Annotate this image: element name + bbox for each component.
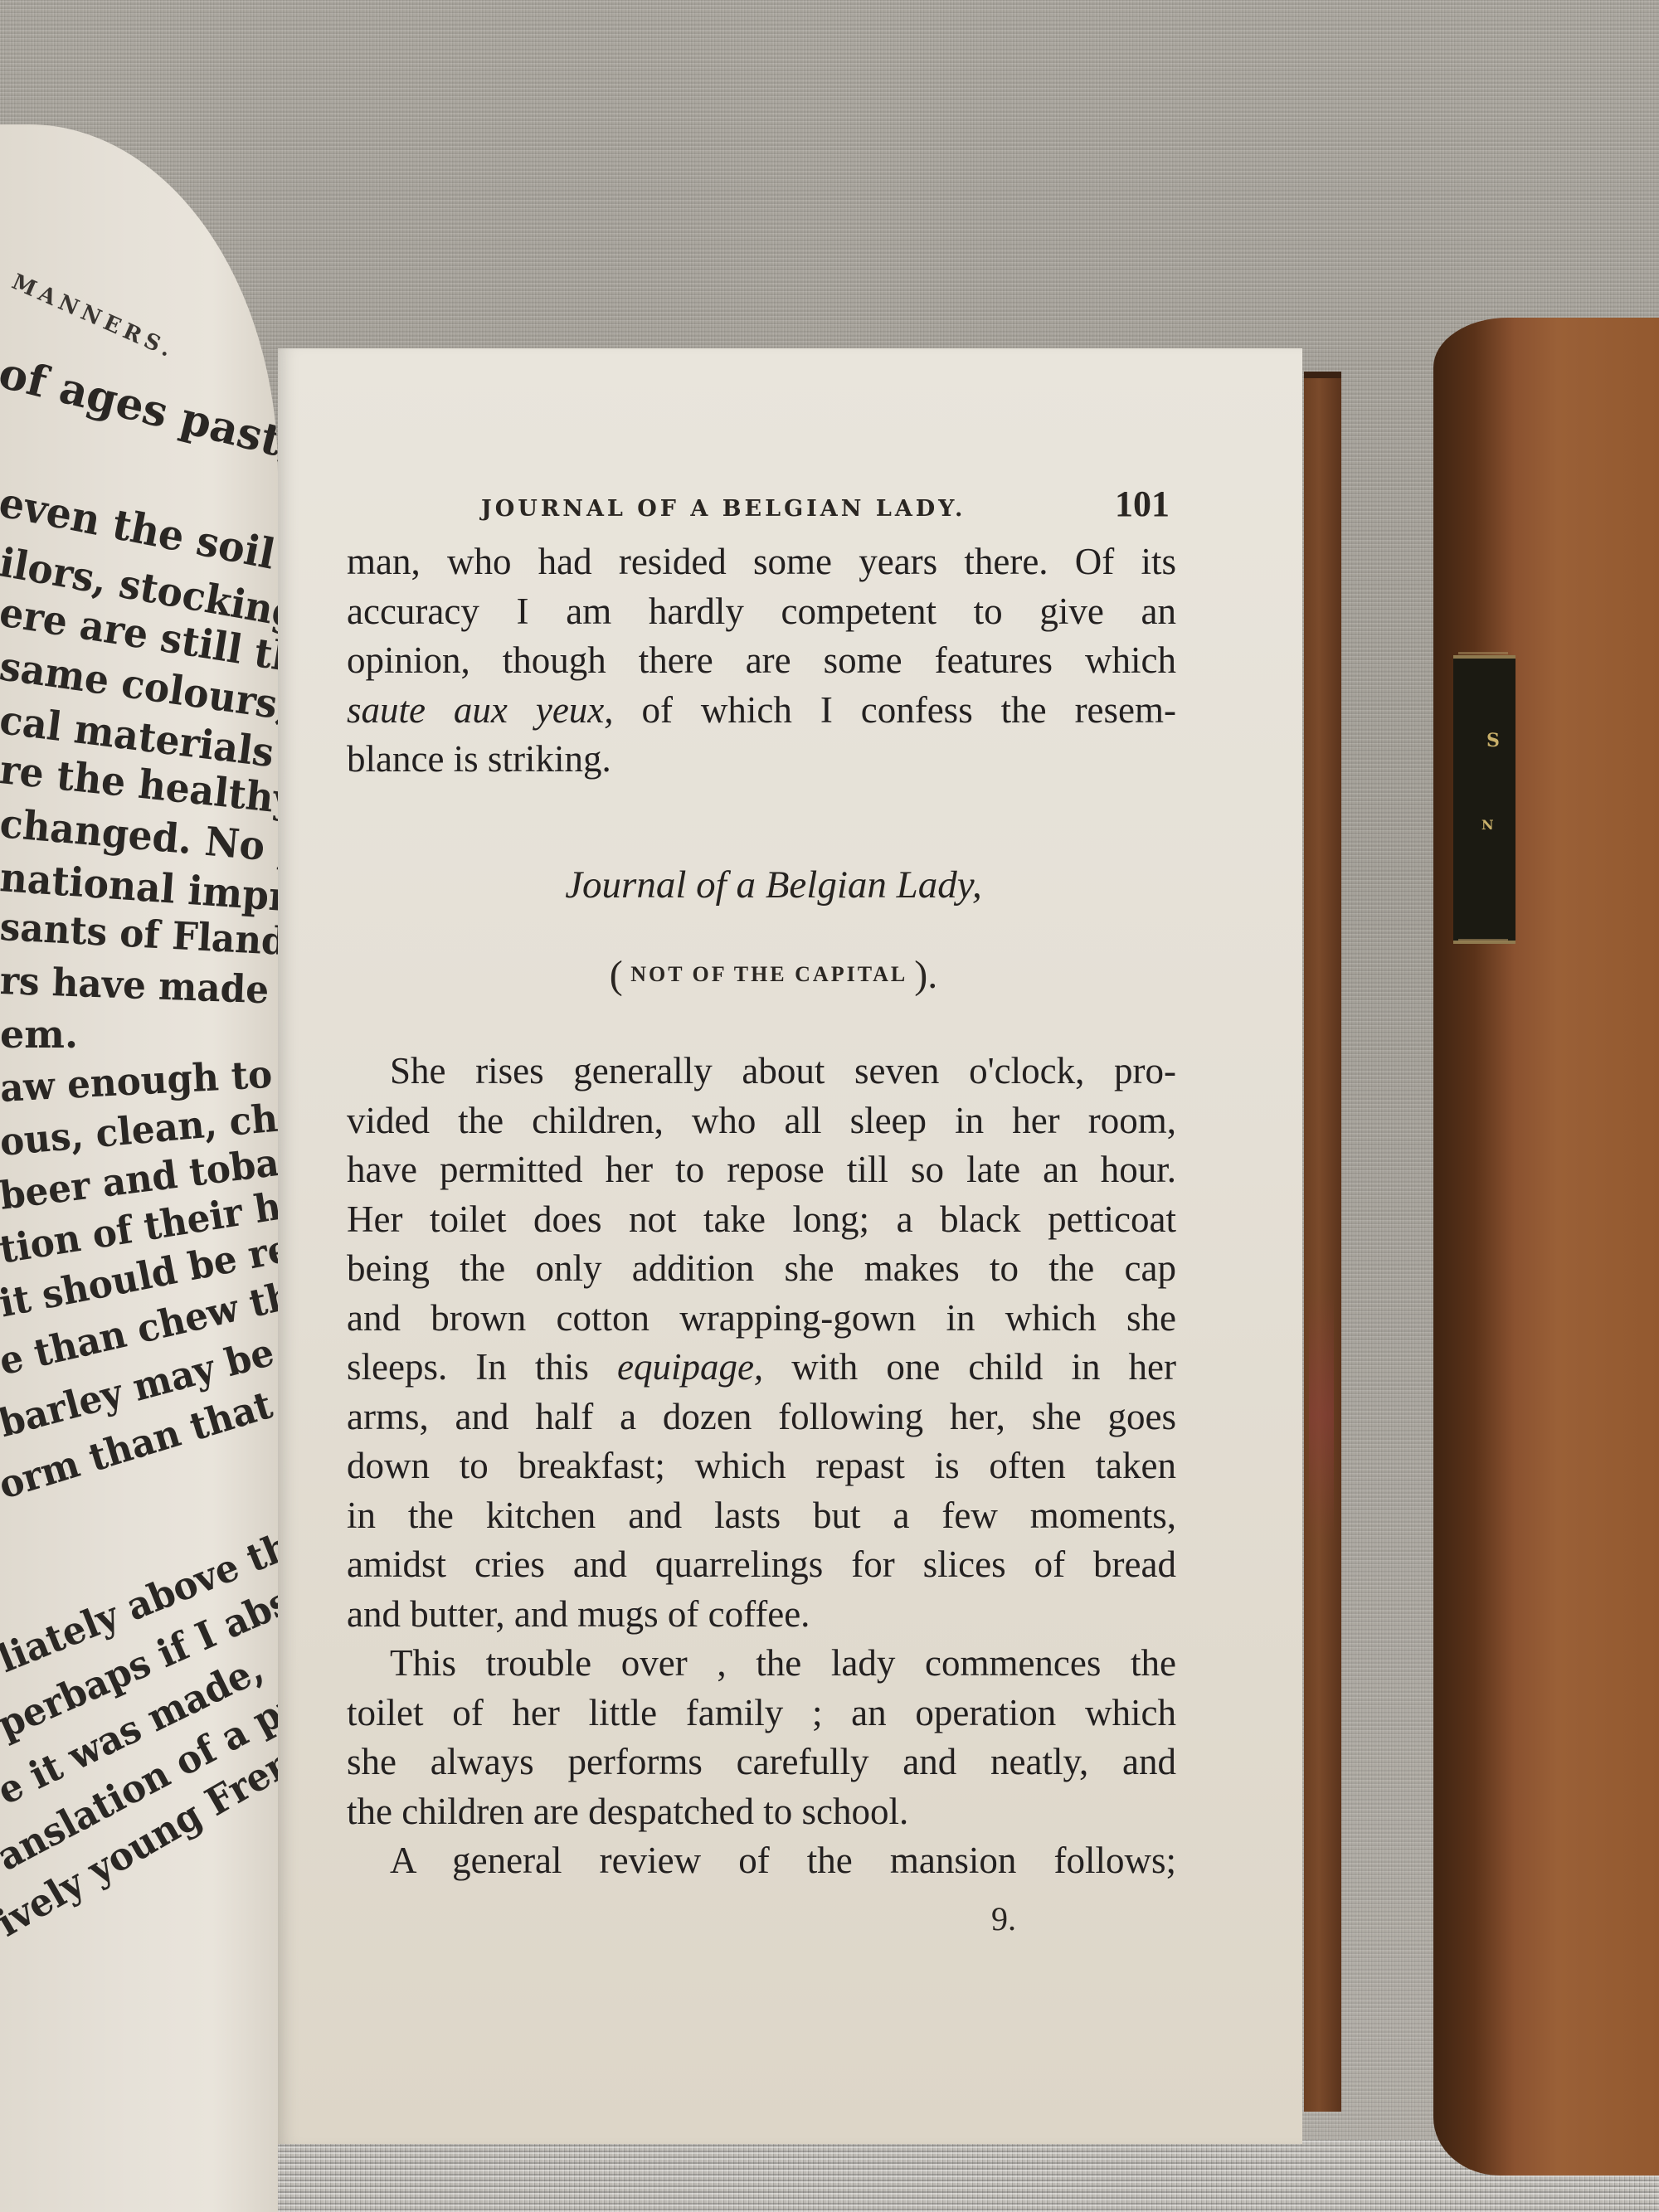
paragraph-3: A general review of the mansion follows; — [347, 1836, 1176, 1886]
left-running-head: MANNERS. — [8, 270, 180, 364]
text-line: A general review of the mansion follows; — [347, 1836, 1176, 1886]
text-fragment: with one child in her — [763, 1346, 1176, 1388]
text-fragment: sleeps. In this — [347, 1346, 617, 1388]
text-line: opinion, though there are some features … — [347, 636, 1176, 686]
section-subtitle: ( NOT OF THE CAPITAL ). — [278, 952, 1302, 998]
left-page: MANNERS. of ages past, w even the soil a… — [0, 124, 278, 2212]
book-cover-edge — [1304, 372, 1341, 2112]
text-line: the children are despatched to school. — [347, 1787, 1176, 1837]
text-line: man, who had resided some years there. O… — [347, 537, 1176, 587]
open-paren: ( — [610, 953, 623, 997]
italic-phrase: saute aux yeux, — [347, 689, 614, 731]
text-line: and butter, and mugs of coffee. — [347, 1590, 1176, 1640]
text-line: She rises generally about seven o'clock,… — [347, 1047, 1176, 1096]
close-paren: ). — [914, 953, 937, 997]
text-line: amidst cries and quarrelings for slices … — [347, 1540, 1176, 1590]
signature-mark: 9. — [991, 1899, 1016, 1938]
opening-paragraph: man, who had resided some years there. O… — [347, 537, 1176, 785]
text-line: and brown cotton wrapping-gown in which … — [347, 1294, 1176, 1344]
text-line: accuracy I am hardly competent to give a… — [347, 587, 1176, 637]
text-line: This trouble over , the lady commences t… — [347, 1639, 1176, 1689]
text-line: down to breakfast; which repast is often… — [347, 1441, 1176, 1491]
subtitle-text: NOT OF THE CAPITAL — [630, 962, 907, 986]
spine-letter: N — [1481, 817, 1494, 833]
spine-gilt-band — [1458, 652, 1508, 654]
spine-title-label — [1453, 655, 1515, 944]
text-line: arms, and half a dozen following her, sh… — [347, 1393, 1176, 1442]
paragraph-2: This trouble over , the lady commences t… — [347, 1639, 1176, 1836]
left-text-line: of ages past, w — [0, 348, 278, 483]
page-number: 101 — [1115, 483, 1170, 525]
left-text-line: em. — [0, 1012, 78, 1057]
text-line: Her toilet does not take long; a black p… — [347, 1195, 1176, 1245]
spine-letter: S — [1486, 730, 1500, 751]
text-line: being the only addition she makes to the… — [347, 1244, 1176, 1294]
leather-book-spine — [1433, 318, 1659, 2176]
text-line: saute aux yeux, of which I confess the r… — [347, 686, 1176, 736]
text-line: toilet of her little family ; an operati… — [347, 1689, 1176, 1738]
text-line: in the kitchen and lasts but a few momen… — [347, 1491, 1176, 1541]
text-line: vided the children, who all sleep in her… — [347, 1096, 1176, 1146]
right-page: JOURNAL OF A BELGIAN LADY. 101 man, who … — [278, 348, 1302, 2144]
text-line: sleeps. In this equipage, with one child… — [347, 1343, 1176, 1393]
paragraph-1: She rises generally about seven o'clock,… — [347, 1047, 1176, 1639]
running-head: JOURNAL OF A BELGIAN LADY. 101 — [481, 483, 1170, 525]
text-line: have permitted her to repose till so lat… — [347, 1145, 1176, 1195]
section-title: Journal of a Belgian Lady, — [278, 863, 1302, 907]
left-text-line: rs have made us al — [0, 958, 278, 1016]
running-head-title: JOURNAL OF A BELGIAN LADY. — [481, 496, 966, 522]
italic-word: equipage, — [617, 1346, 763, 1388]
text-line: she always performs carefully and neatly… — [347, 1738, 1176, 1787]
text-fragment: of which I confess the resem- — [614, 689, 1176, 731]
spine-gilt-band — [1458, 939, 1508, 941]
text-line: blance is striking. — [347, 735, 1176, 785]
